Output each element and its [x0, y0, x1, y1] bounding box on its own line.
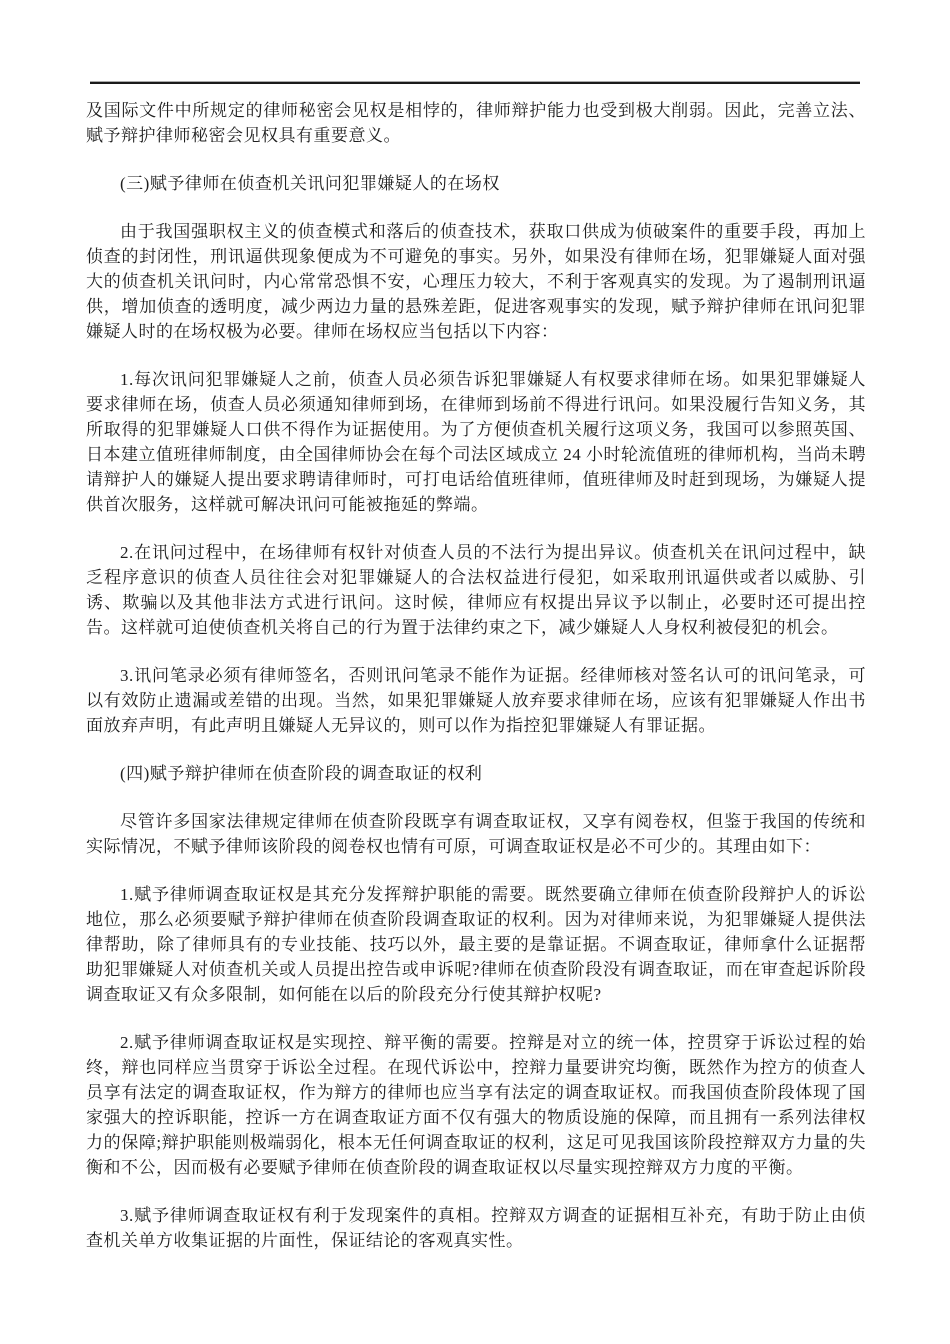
paragraph: 尽管许多国家法律规定律师在侦查阶段既享有调查取证权，又享有阅卷权，但鉴于我国的传… — [86, 809, 866, 859]
numbered-paragraph-1: 1.每次讯问犯罪嫌疑人之前，侦查人员必须告诉犯罪嫌疑人有权要求律师在场。如果犯罪… — [86, 367, 866, 517]
numbered-paragraph-1: 1.赋予律师调查取证权是其充分发挥辩护职能的需要。既然要确立律师在侦查阶段辩护人… — [86, 882, 866, 1007]
header-separator-line — [90, 82, 860, 84]
numbered-paragraph-3: 3.讯问笔录必须有律师签名，否则讯问笔录不能作为证据。经律师核对签名认可的讯问笔… — [86, 663, 866, 738]
paragraph-continuation: 及国际文件中所规定的律师秘密会见权是相悖的，律师辩护能力也受到极大削弱。因此，完… — [86, 98, 866, 148]
section-heading-4: (四)赋予辩护律师在侦查阶段的调查取证的权利 — [86, 761, 866, 786]
paragraph: 由于我国强职权主义的侦查模式和落后的侦查技术，获取口供成为侦破案件的重要手段，再… — [86, 219, 866, 344]
document-page: 及国际文件中所规定的律师秘密会见权是相悖的，律师辩护能力也受到极大削弱。因此，完… — [0, 0, 950, 1344]
numbered-paragraph-2: 2.在讯问过程中，在场律师有权针对侦查人员的不法行为提出异议。侦查机关在讯问过程… — [86, 540, 866, 640]
numbered-paragraph-2: 2.赋予律师调查取证权是实现控、辩平衡的需要。控辩是对立的统一体，控贯穿于诉讼过… — [86, 1030, 866, 1180]
section-heading-3: (三)赋予律师在侦查机关讯问犯罪嫌疑人的在场权 — [86, 171, 866, 196]
numbered-paragraph-3: 3.赋予律师调查取证权有利于发现案件的真相。控辩双方调查的证据相互补充，有助于防… — [86, 1203, 866, 1253]
document-body: 及国际文件中所规定的律师秘密会见权是相悖的，律师辩护能力也受到极大削弱。因此，完… — [86, 98, 866, 1276]
